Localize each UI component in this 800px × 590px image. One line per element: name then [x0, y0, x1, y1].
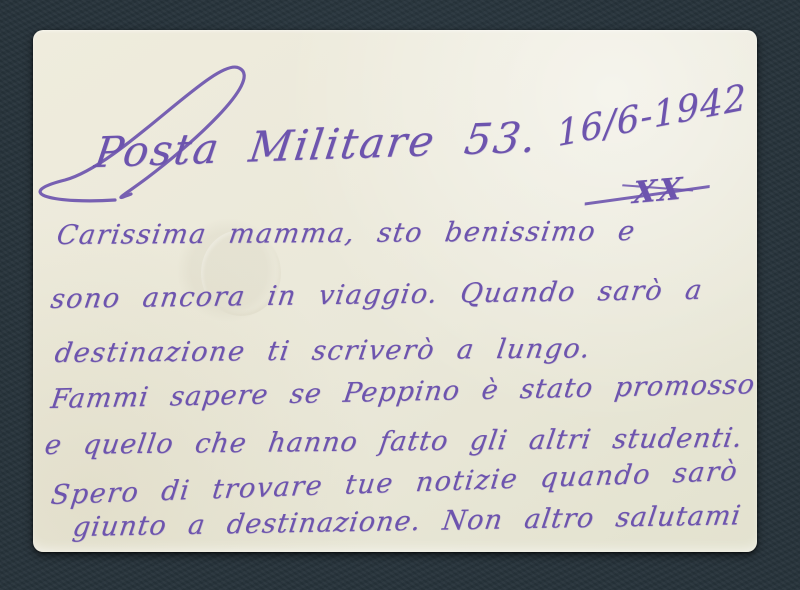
- scan-background: { "scan": { "background_color": "#26323a…: [0, 0, 800, 590]
- crossed-out-era-year: XX: [631, 171, 684, 211]
- postcard: Posta Militare 53. 16/6-1942 XX Carissim…: [33, 30, 757, 552]
- handwriting-line: destinazione ti scriverò a lungo.: [53, 333, 594, 369]
- header-date: 16/6-1942: [556, 77, 748, 155]
- handwriting-line: e quello che hanno fatto gli altri stude…: [43, 423, 745, 461]
- handwriting-line: Carissima mamma, sto benissimo e: [55, 216, 638, 251]
- handwriting-line: Fammi sapere se Peppino è stato promosso: [49, 369, 757, 415]
- handwriting-line: sono ancora in viaggio. Quando sarò a: [49, 275, 705, 315]
